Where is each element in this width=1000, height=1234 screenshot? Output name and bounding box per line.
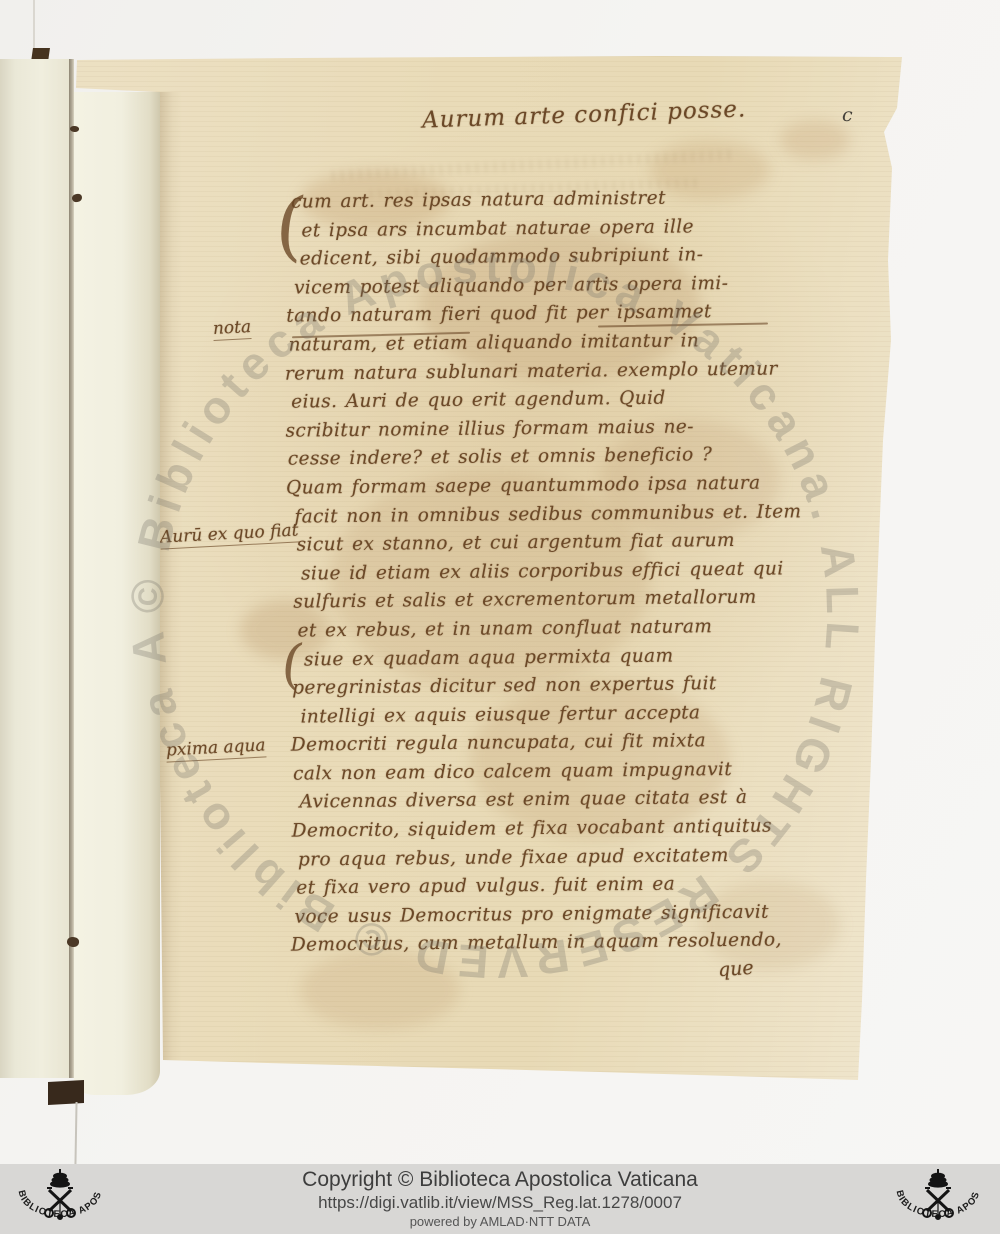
binding-spine-bottom	[48, 1080, 84, 1105]
manuscript-viewer-canvas: Aurum arte confici posse. c ( ( cum art.…	[0, 0, 1000, 1234]
manuscript-text-block: cum art. res ipsas natura administret et…	[283, 183, 796, 960]
page-edge-line-bottom	[74, 1102, 77, 1164]
manuscript-line: pro aqua rebus, unde fixae apud excitate…	[298, 841, 795, 875]
manuscript-line: Democritus, cum metallum in aquam resolu…	[291, 927, 796, 961]
footer-copyright-text: Copyright © Biblioteca Apostolica Vatica…	[302, 1168, 698, 1192]
stain	[300, 950, 460, 1030]
manuscript-page: Aurum arte confici posse. c ( ( cum art.…	[70, 52, 910, 1092]
folio-mark: c	[842, 104, 853, 126]
guard-strip-outer	[0, 59, 69, 1078]
manuscript-line: Quam formam saepe quantummodo ipsa natur…	[286, 469, 791, 503]
gutter-crease-shadow	[158, 92, 182, 1067]
vatican-library-logo-left	[12, 1167, 108, 1231]
guard-strip-inner	[74, 92, 160, 1095]
catchword: que	[717, 957, 754, 981]
manuscript-line: vicem potest aliquando per artis opera i…	[294, 269, 789, 303]
footer-url-text: https://digi.vatlib.it/view/MSS_Reg.lat.…	[318, 1192, 682, 1213]
manuscript-line: rerum natura sublunari materia. exemplo …	[285, 355, 790, 389]
manuscript-line: sulfuris et salis et excrementorum metal…	[293, 584, 792, 618]
margin-note-nota: nota	[212, 317, 251, 341]
page-edge-line-top	[33, 0, 35, 52]
stain	[780, 120, 850, 160]
footer-powered-by-text: powered by AMLAD·NTT DATA	[410, 1213, 591, 1230]
footer-bar: Copyright © Biblioteca Apostolica Vatica…	[0, 1164, 1000, 1234]
vatican-library-logo-right	[890, 1167, 986, 1231]
